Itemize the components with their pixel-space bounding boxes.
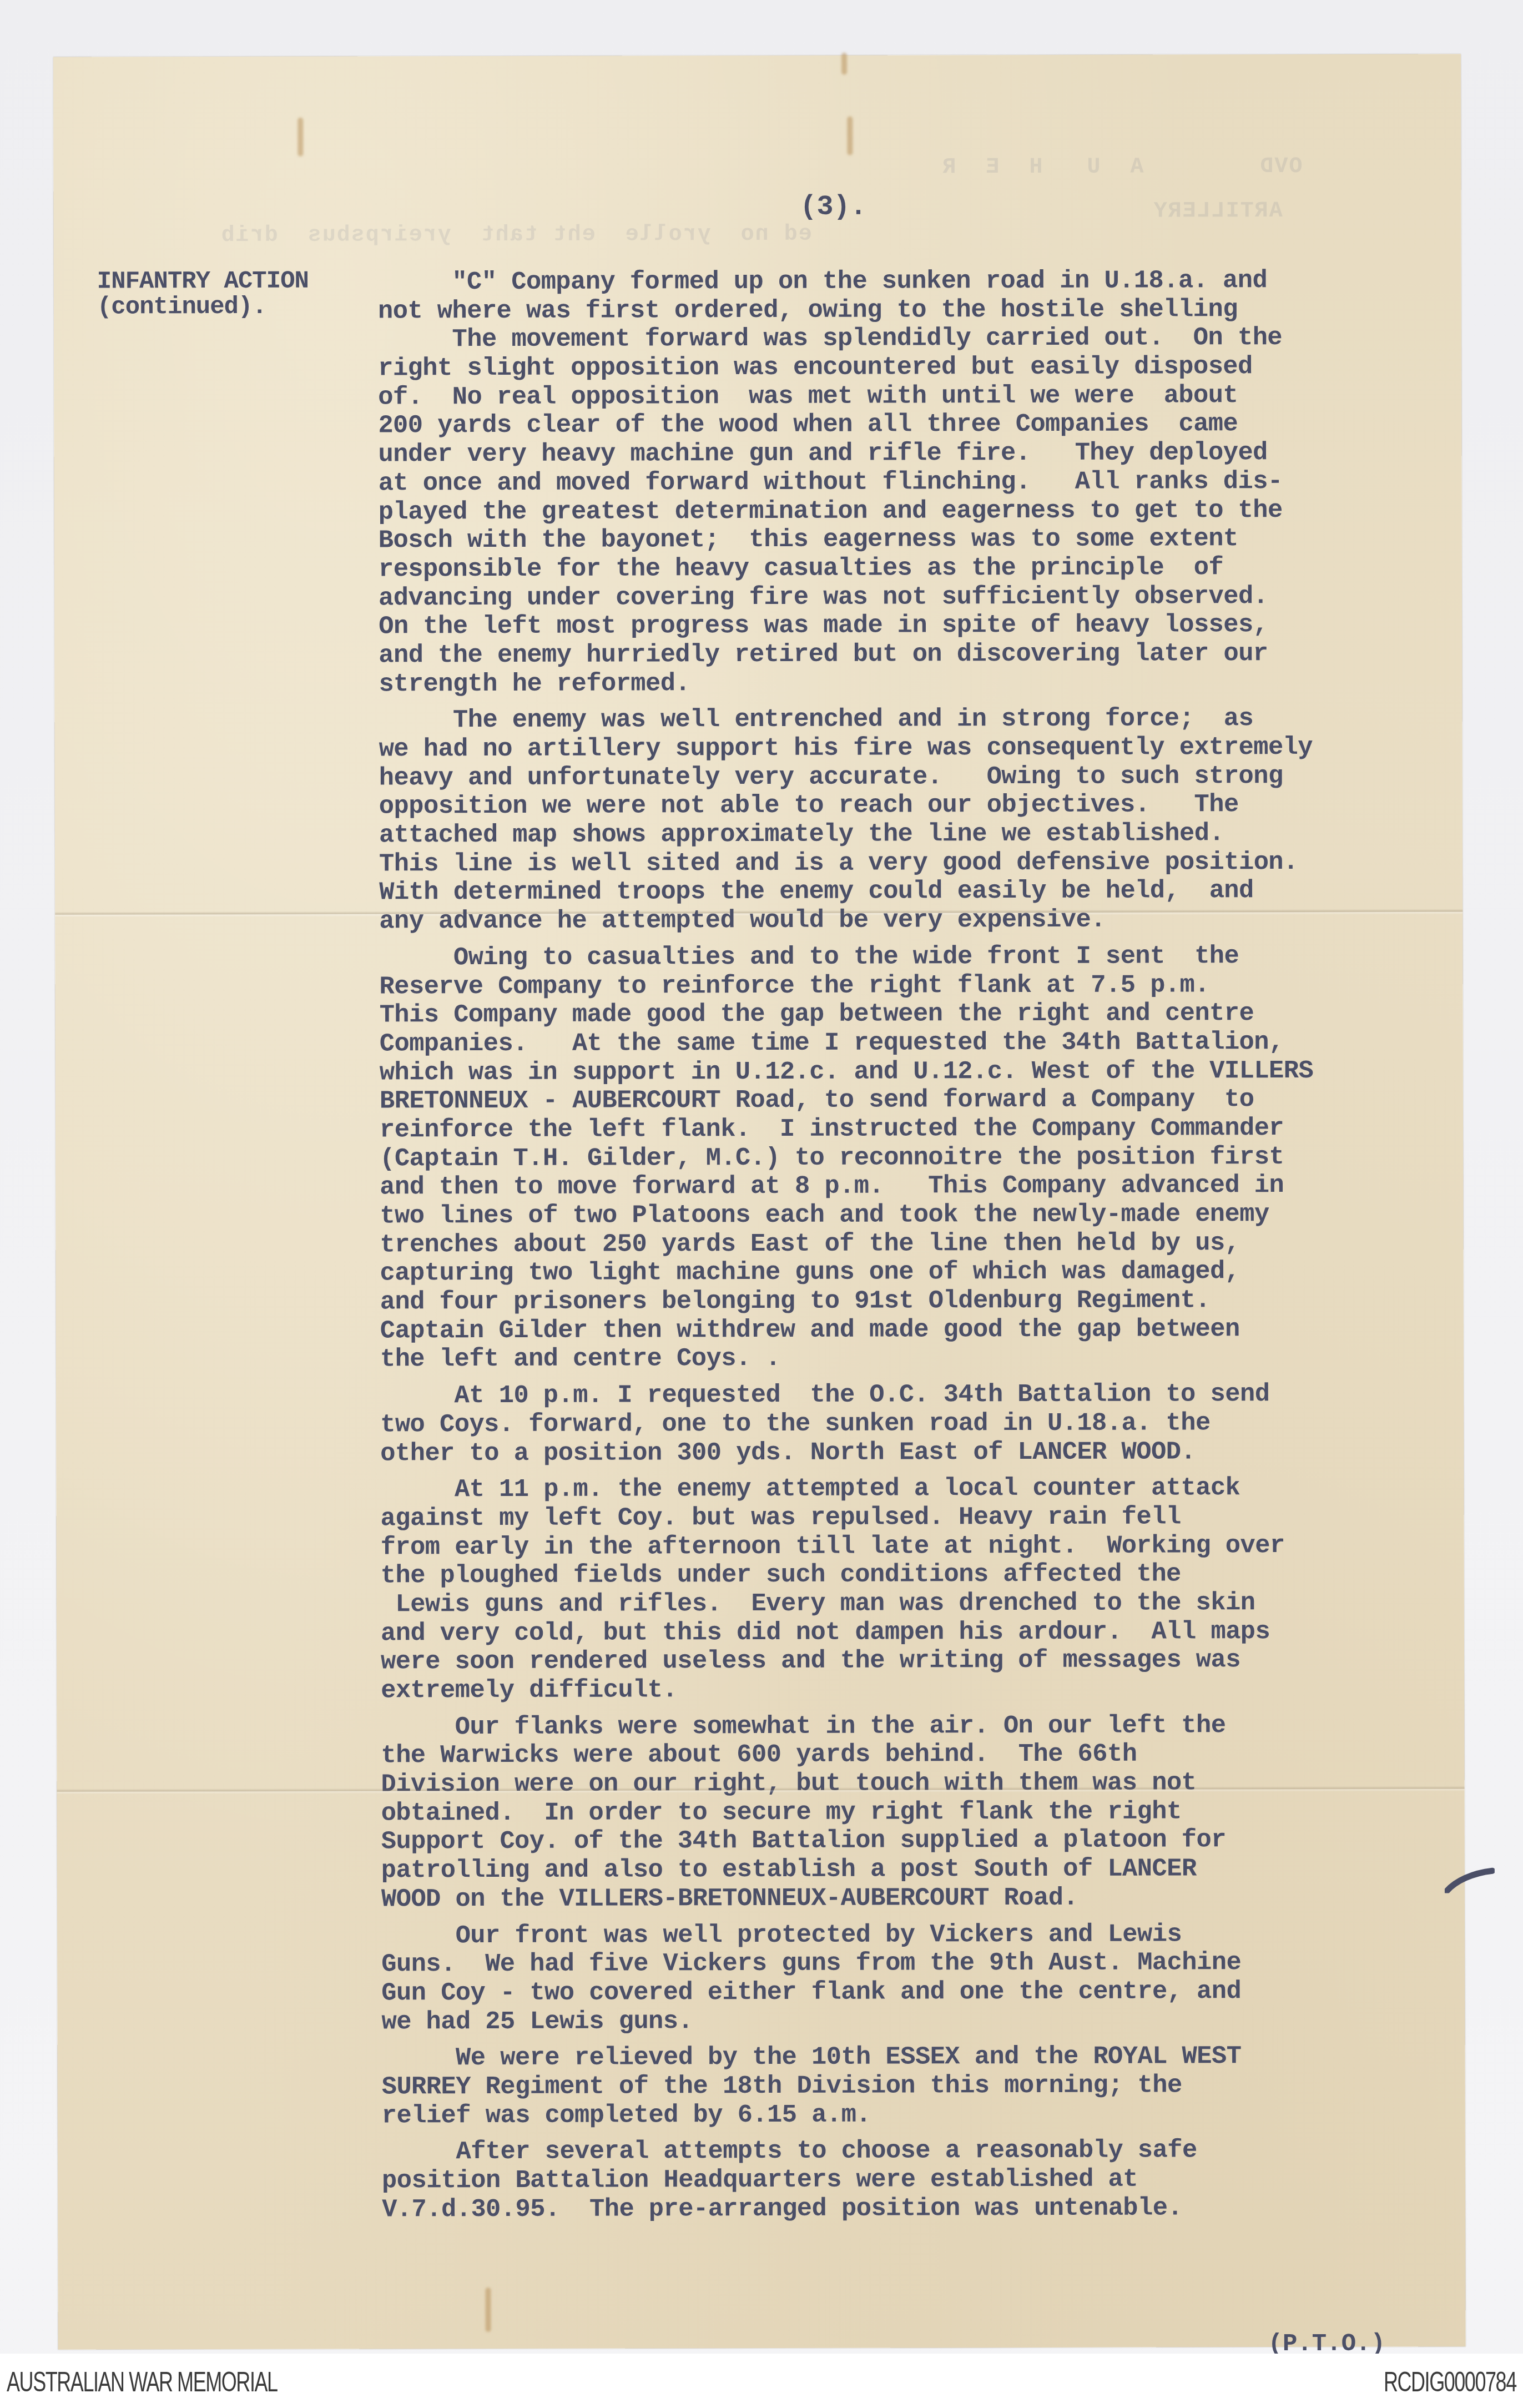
section-heading: INFANTRY ACTION (continued). — [97, 269, 309, 320]
text-line: This line is well sited and is a very go… — [379, 848, 1472, 879]
text-line: played the greatest determination and ea… — [379, 496, 1472, 527]
text-line: At 10 p.m. I requested the O.C. 34th Bat… — [380, 1379, 1474, 1410]
text-line: On the left most progress was made in sp… — [379, 611, 1472, 642]
text-line: relief was completed by 6.15 a.m. — [382, 2099, 1475, 2130]
text-line: not where was first ordered, owing to th… — [378, 295, 1471, 326]
text-line: the Warwicks were about 600 yards behind… — [381, 1740, 1474, 1771]
text-line: at once and moved forward without flinch… — [379, 467, 1472, 498]
text-line: right slight opposition was encountered … — [378, 352, 1471, 383]
text-line: 200 yards clear of the wood when all thr… — [378, 410, 1471, 441]
text-line: Companies. At the same time I requested … — [380, 1027, 1473, 1059]
text-line: Support Coy. of the 34th Battalion suppl… — [381, 1826, 1475, 1857]
rust-stain — [485, 2288, 491, 2332]
text-line: patrolling and also to establish a post … — [381, 1854, 1475, 1885]
text-line: responsible for the heavy casualties as … — [379, 553, 1472, 584]
text-line: advancing under covering fire was not su… — [379, 582, 1472, 613]
rust-stain — [297, 118, 303, 157]
text-line: After several attempts to choose a reaso… — [382, 2136, 1475, 2167]
text-line: Owing to casualties and to the wide fron… — [379, 941, 1472, 973]
text-line: At 11 p.m. the enemy attempted a local c… — [380, 1473, 1474, 1504]
text-line: Lewis guns and rifles. Every man was dre… — [381, 1588, 1474, 1619]
text-line: we had no artillery support his fire was… — [379, 733, 1472, 764]
pen-mark-icon — [1445, 1866, 1495, 1893]
text-line: Captain Gilder then withdrew and made go… — [380, 1314, 1474, 1346]
text-line: which was in support in U.12.c. and U.12… — [380, 1056, 1473, 1087]
text-line: trenches about 250 yards East of the lin… — [380, 1228, 1473, 1260]
text-line: Our front was well protected by Vickers … — [381, 1920, 1475, 1951]
text-line: position Battalion Headquarters were est… — [382, 2164, 1475, 2195]
text-line: extremely difficult. — [381, 1674, 1474, 1705]
bleed-through-texture: ed no yrolle eht taht yreirpsbus drib — [220, 222, 812, 248]
text-line: and four prisoners belonging to 91st Old… — [380, 1286, 1474, 1317]
text-line: and very cold, but this did not dampen h… — [381, 1617, 1474, 1648]
text-line: capturing two light machine guns one of … — [380, 1257, 1474, 1288]
typewritten-page: OVD A U H E R ARTILLERY ed no yrolle eht… — [53, 54, 1466, 2349]
text-line: of. No real opposition was met with unti… — [378, 381, 1471, 412]
text-line: With determined troops the enemy could e… — [379, 876, 1472, 908]
text-line: any advance he attempted would be very e… — [379, 905, 1472, 936]
text-line: Reserve Company to reinforce the right f… — [379, 970, 1472, 1001]
text-line: Guns. We had five Vickers guns from the … — [381, 1948, 1475, 1979]
text-line: Division were on our right, but touch wi… — [381, 1768, 1474, 1799]
section-heading-title: INFANTRY ACTION — [97, 268, 309, 296]
text-line: and the enemy hurriedly retired but on d… — [379, 639, 1472, 670]
text-line: BRETONNEUX - AUBERCOURT Road, to send fo… — [380, 1085, 1473, 1116]
text-line: from early in the afternoon till late at… — [381, 1531, 1474, 1562]
text-line: (Captain T.H. Gilder, M.C.) to reconnoit… — [380, 1142, 1473, 1173]
rust-stain — [847, 117, 853, 155]
bleed-through-texture: ARTILLERY — [1153, 199, 1283, 224]
text-line: Gun Coy - two covered either flank and o… — [381, 1977, 1475, 2008]
bleed-through-texture: OVD A U H E R — [941, 154, 1302, 180]
text-line: The movement forward was splendidly carr… — [378, 324, 1471, 355]
archive-credit: AUSTRALIAN WAR MEMORIAL — [7, 2366, 278, 2398]
text-line: reinforce the left flank. I instructed t… — [380, 1114, 1473, 1145]
text-line: SURREY Regiment of the 18th Division thi… — [382, 2071, 1475, 2102]
report-body: "C" Company formed up on the sunken road… — [378, 266, 1475, 2224]
text-line: obtained. In order to secure my right fl… — [381, 1797, 1475, 1828]
scan-viewer: OVD A U H E R ARTILLERY ed no yrolle eht… — [0, 0, 1523, 2408]
text-line: two lines of two Platoons each and took … — [380, 1200, 1473, 1231]
text-line: other to a position 300 yds. North East … — [380, 1437, 1474, 1468]
text-line: "C" Company formed up on the sunken road… — [378, 266, 1471, 297]
text-line: heavy and unfortunately very accurate. O… — [379, 762, 1472, 793]
text-line: against my left Coy. but was repulsed. H… — [380, 1502, 1474, 1533]
text-line: the ploughed fields under such condition… — [381, 1560, 1474, 1591]
text-line: opposition we were not able to reach our… — [379, 790, 1472, 822]
text-line: We were relieved by the 10th ESSEX and t… — [382, 2042, 1475, 2073]
text-line: the left and centre Coys. . — [380, 1343, 1474, 1374]
rust-stain — [841, 53, 847, 75]
text-line: two Coys. forward, one to the sunken roa… — [380, 1408, 1474, 1439]
text-line: This Company made good the gap between t… — [380, 999, 1473, 1030]
text-line: and then to move forward at 8 p.m. This … — [380, 1171, 1473, 1202]
archive-reference-id: RCDIG0000784 — [1384, 2366, 1516, 2398]
text-line: Bosch with the bayonet; this eagerness w… — [379, 524, 1472, 555]
page-number: (3). — [800, 192, 867, 223]
text-line: attached map shows approximately the lin… — [379, 819, 1472, 850]
text-line: The enemy was well entrenched and in str… — [379, 704, 1472, 736]
text-line: were soon rendered useless and the writi… — [381, 1646, 1474, 1677]
section-heading-subtitle: (continued). — [97, 293, 266, 321]
text-line: we had 25 Lewis guns. — [381, 2006, 1475, 2037]
text-line: under very heavy machine gun and rifle f… — [378, 438, 1471, 469]
text-line: V.7.d.30.95. The pre-arranged position w… — [382, 2193, 1475, 2224]
text-line: strength he reformed. — [379, 668, 1472, 699]
text-line: Our flanks were somewhat in the air. On … — [381, 1711, 1474, 1742]
text-line: WOOD on the VILLERS-BRETONNEUX-AUBERCOUR… — [381, 1883, 1475, 1914]
archive-footer: AUSTRALIAN WAR MEMORIAL RCDIG0000784 — [0, 2354, 1523, 2408]
